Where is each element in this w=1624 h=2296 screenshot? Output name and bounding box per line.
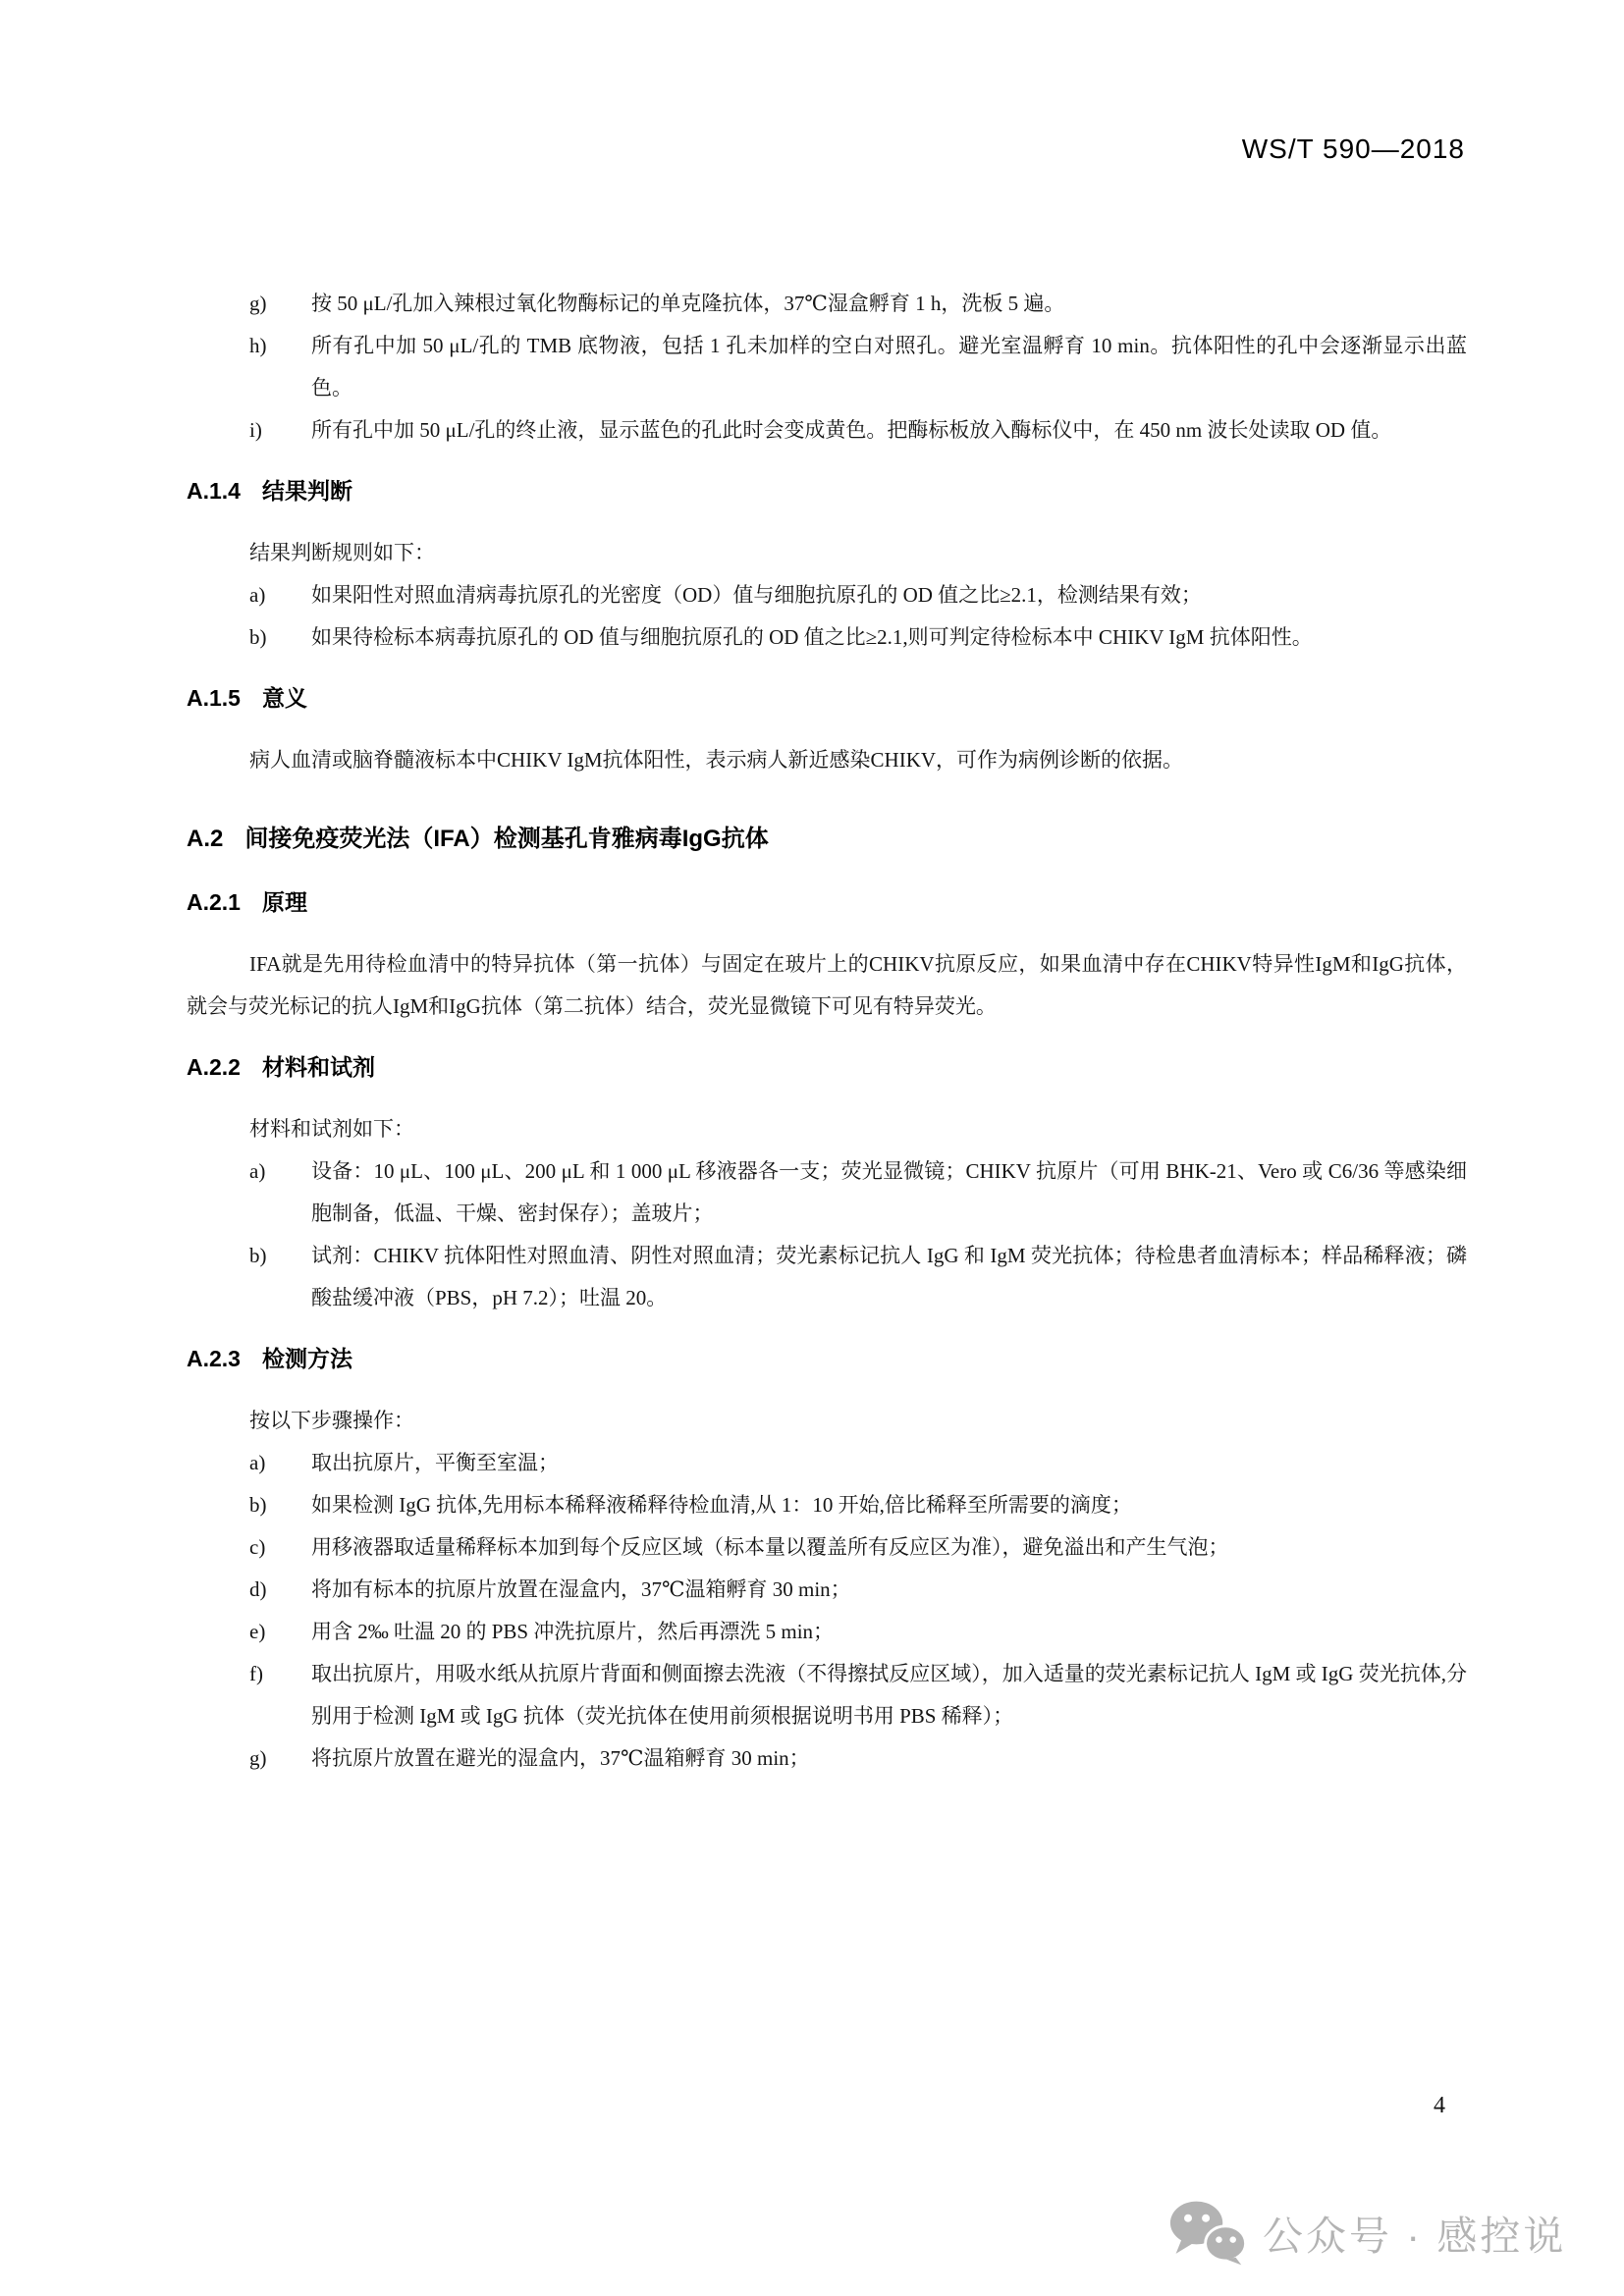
paragraph: 病人血清或脑脊髓液标本中CHIKV IgM抗体阳性，表示病人新近感染CHIKV，… xyxy=(187,739,1467,781)
list-item: a) 取出抗原片，平衡至室温； xyxy=(187,1442,1467,1484)
item-label: i) xyxy=(249,409,262,452)
item-text: 如果阳性对照血清病毒抗原孔的光密度（OD）值与细胞抗原孔的 OD 值之比≥2.1… xyxy=(311,583,1202,607)
item-text: 如果待检标本病毒抗原孔的 OD 值与细胞抗原孔的 OD 值之比≥2.1,则可判定… xyxy=(311,625,1313,649)
section-title: 意义 xyxy=(262,685,307,711)
list-item: f) 取出抗原片，用吸水纸从抗原片背面和侧面擦去洗液（不得擦拭反应区域），加入适… xyxy=(187,1653,1467,1737)
section-heading-a14: A.1.4结果判断 xyxy=(187,476,1467,506)
section-number: A.2 xyxy=(187,826,223,852)
section-lead: 结果判断规则如下： xyxy=(187,532,1467,574)
list-item: a) 如果阳性对照血清病毒抗原孔的光密度（OD）值与细胞抗原孔的 OD 值之比≥… xyxy=(187,574,1467,616)
section-title: 原理 xyxy=(262,889,307,915)
page-number: 4 xyxy=(1434,2093,1445,2119)
list-item: a) 设备：10 μL、100 μL、200 μL 和 1 000 μL 移液器… xyxy=(187,1150,1467,1235)
item-text: 取出抗原片，用吸水纸从抗原片背面和侧面擦去洗液（不得擦拭反应区域），加入适量的荧… xyxy=(311,1662,1467,1728)
item-text: 试剂：CHIKV 抗体阳性对照血清、阴性对照血清；荧光素标记抗人 IgG 和 I… xyxy=(311,1244,1467,1309)
item-label: b) xyxy=(249,616,267,659)
item-label: a) xyxy=(249,574,265,616)
item-label: a) xyxy=(249,1150,265,1193)
item-label: a) xyxy=(249,1442,265,1484)
section-title: 材料和试剂 xyxy=(262,1054,375,1080)
item-label: g) xyxy=(249,1737,267,1780)
item-label: g) xyxy=(249,283,267,325)
list-item: e) 用含 2‰ 吐温 20 的 PBS 冲洗抗原片，然后再漂洗 5 min； xyxy=(187,1611,1467,1653)
section-number: A.2.2 xyxy=(187,1054,241,1080)
item-label: e) xyxy=(249,1611,265,1653)
item-label: b) xyxy=(249,1484,267,1526)
item-text: 用含 2‰ 吐温 20 的 PBS 冲洗抗原片，然后再漂洗 5 min； xyxy=(311,1620,834,1643)
section-lead: 按以下步骤操作： xyxy=(187,1400,1467,1442)
item-text: 将加有标本的抗原片放置在湿盒内，37℃温箱孵育 30 min； xyxy=(311,1577,851,1601)
section-number: A.1.4 xyxy=(187,478,241,504)
item-text: 用移液器取适量稀释标本加到每个反应区域（标本量以覆盖所有反应区为准），避免溢出和… xyxy=(311,1535,1229,1559)
item-text: 所有孔中加 50 μL/孔的终止液，显示蓝色的孔此时会变成黄色。把酶标板放入酶标… xyxy=(311,418,1391,442)
section-number: A.2.1 xyxy=(187,889,241,915)
section-number: A.1.5 xyxy=(187,685,241,711)
section-number: A.2.3 xyxy=(187,1346,241,1371)
wechat-icon xyxy=(1168,2199,1247,2266)
section-heading-a2: A.2间接免疫荧光法（IFA）检测基孔肯雅病毒IgG抗体 xyxy=(187,824,1467,855)
item-label: f) xyxy=(249,1653,263,1695)
list-item: c) 用移液器取适量稀释标本加到每个反应区域（标本量以覆盖所有反应区为准），避免… xyxy=(187,1526,1467,1569)
item-label: h) xyxy=(249,325,267,367)
standard-code: WS/T 590—2018 xyxy=(1242,133,1465,165)
watermark-text: 公众号 · 感控说 xyxy=(1263,2204,1566,2262)
item-text: 所有孔中加 50 μL/孔的 TMB 底物液，包括 1 孔未加样的空白对照孔。避… xyxy=(311,334,1467,400)
list-item: b) 如果待检标本病毒抗原孔的 OD 值与细胞抗原孔的 OD 值之比≥2.1,则… xyxy=(187,616,1467,659)
item-text: 将抗原片放置在避光的湿盒内，37℃温箱孵育 30 min； xyxy=(311,1746,810,1770)
list-item: d) 将加有标本的抗原片放置在湿盒内，37℃温箱孵育 30 min； xyxy=(187,1569,1467,1611)
item-text: 设备：10 μL、100 μL、200 μL 和 1 000 μL 移液器各一支… xyxy=(311,1159,1467,1225)
section-title: 间接免疫荧光法（IFA）检测基孔肯雅病毒IgG抗体 xyxy=(244,826,768,852)
list-item: g) 将抗原片放置在避光的湿盒内，37℃温箱孵育 30 min； xyxy=(187,1737,1467,1780)
list-item: h) 所有孔中加 50 μL/孔的 TMB 底物液，包括 1 孔未加样的空白对照… xyxy=(187,325,1467,409)
document-body: g) 按 50 μL/孔加入辣根过氧化物酶标记的单克隆抗体，37℃湿盒孵育 1 … xyxy=(187,283,1467,1780)
paragraph: IFA就是先用待检血清中的特异抗体（第一抗体）与固定在玻片上的CHIKV抗原反应… xyxy=(187,943,1467,1028)
list-item: g) 按 50 μL/孔加入辣根过氧化物酶标记的单克隆抗体，37℃湿盒孵育 1 … xyxy=(187,283,1467,325)
section-title: 检测方法 xyxy=(262,1346,352,1371)
list-item: i) 所有孔中加 50 μL/孔的终止液，显示蓝色的孔此时会变成黄色。把酶标板放… xyxy=(187,409,1467,452)
item-label: d) xyxy=(249,1569,267,1611)
section-heading-a22: A.2.2材料和试剂 xyxy=(187,1052,1467,1082)
section-heading-a21: A.2.1原理 xyxy=(187,887,1467,917)
section-lead: 材料和试剂如下： xyxy=(187,1108,1467,1150)
watermark: 公众号 · 感控说 xyxy=(1168,2199,1566,2266)
item-text: 取出抗原片，平衡至室温； xyxy=(311,1451,559,1474)
item-text: 如果检测 IgG 抗体,先用标本稀释液稀释待检血清,从 1：10 开始,倍比稀释… xyxy=(311,1493,1132,1517)
section-title: 结果判断 xyxy=(262,478,352,504)
list-item: b) 试剂：CHIKV 抗体阳性对照血清、阴性对照血清；荧光素标记抗人 IgG … xyxy=(187,1235,1467,1319)
section-heading-a23: A.2.3检测方法 xyxy=(187,1344,1467,1373)
item-text: 按 50 μL/孔加入辣根过氧化物酶标记的单克隆抗体，37℃湿盒孵育 1 h，洗… xyxy=(311,292,1064,315)
item-label: c) xyxy=(249,1526,265,1569)
list-item: b) 如果检测 IgG 抗体,先用标本稀释液稀释待检血清,从 1：10 开始,倍… xyxy=(187,1484,1467,1526)
section-heading-a15: A.1.5意义 xyxy=(187,683,1467,713)
item-label: b) xyxy=(249,1235,267,1277)
